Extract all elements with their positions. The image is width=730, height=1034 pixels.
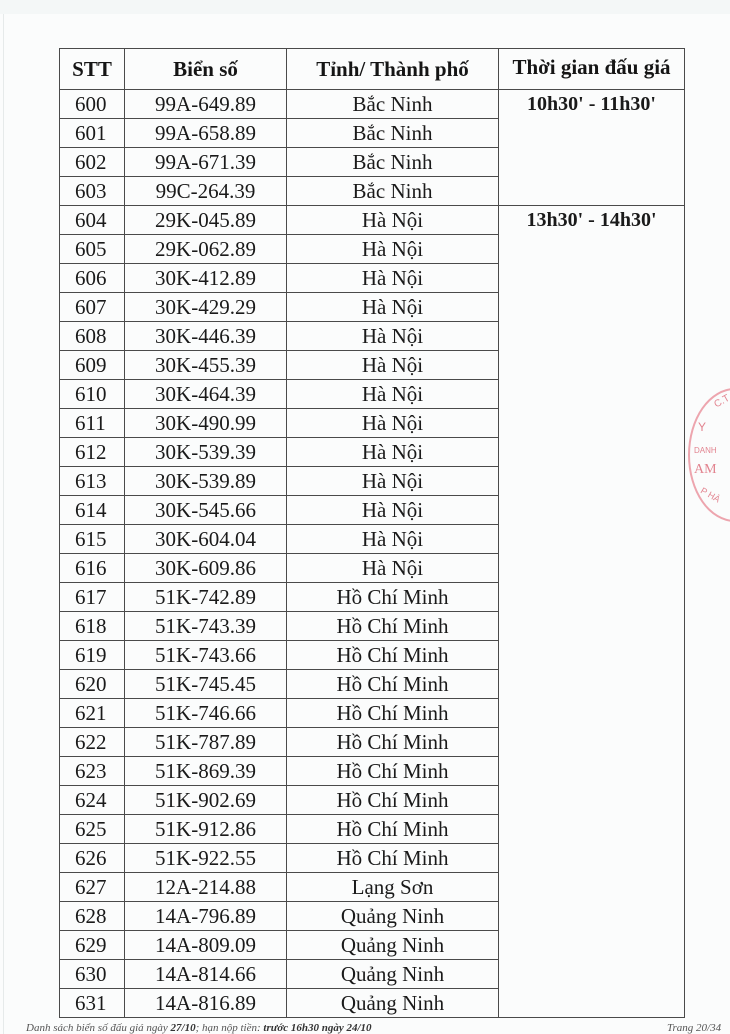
- cell-stt: 601: [60, 119, 125, 148]
- cell-plate: 30K-545.66: [125, 496, 287, 525]
- table-row: 60429K-045.89Hà Nội13h30' - 14h30': [60, 206, 685, 235]
- cell-plate: 51K-912.86: [125, 815, 287, 844]
- cell-stt: 629: [60, 931, 125, 960]
- footer-deadline: trước 16h30 ngày 24/10: [263, 1022, 371, 1034]
- stamp-text: AM: [694, 462, 717, 478]
- license-plate-auction-table: STT Biển số Tỉnh/ Thành phố Thời gian đấ…: [59, 48, 685, 1018]
- cell-province: Hà Nội: [287, 438, 499, 467]
- cell-stt: 630: [60, 960, 125, 989]
- cell-plate: 30K-539.89: [125, 467, 287, 496]
- cell-stt: 620: [60, 670, 125, 699]
- cell-stt: 625: [60, 815, 125, 844]
- cell-stt: 618: [60, 612, 125, 641]
- cell-stt: 626: [60, 844, 125, 873]
- cell-plate: 30K-455.39: [125, 351, 287, 380]
- cell-plate: 12A-214.88: [125, 873, 287, 902]
- cell-stt: 622: [60, 728, 125, 757]
- cell-stt: 623: [60, 757, 125, 786]
- header-plate: Biển số: [125, 49, 287, 90]
- cell-stt: 609: [60, 351, 125, 380]
- cell-plate: 14A-814.66: [125, 960, 287, 989]
- cell-stt: 613: [60, 467, 125, 496]
- cell-stt: 610: [60, 380, 125, 409]
- cell-province: Quảng Ninh: [287, 960, 499, 989]
- footer-prefix: Danh sách biển số đấu giá ngày: [26, 1022, 171, 1034]
- cell-stt: 607: [60, 293, 125, 322]
- cell-stt: 631: [60, 989, 125, 1018]
- cell-stt: 619: [60, 641, 125, 670]
- cell-province: Hà Nội: [287, 351, 499, 380]
- cell-plate: 51K-902.69: [125, 786, 287, 815]
- cell-province: Bắc Ninh: [287, 177, 499, 206]
- cell-stt: 608: [60, 322, 125, 351]
- cell-province: Hà Nội: [287, 496, 499, 525]
- cell-plate: 14A-816.89: [125, 989, 287, 1018]
- footer-auction-date: 27/10: [171, 1022, 196, 1034]
- scan-edge-top: [0, 0, 730, 14]
- cell-province: Bắc Ninh: [287, 90, 499, 119]
- cell-province: Hồ Chí Minh: [287, 670, 499, 699]
- table-header-row: STT Biển số Tỉnh/ Thành phố Thời gian đấ…: [60, 49, 685, 90]
- cell-stt: 615: [60, 525, 125, 554]
- cell-stt: 612: [60, 438, 125, 467]
- cell-plate: 30K-604.04: [125, 525, 287, 554]
- stamp-text: C.T: [712, 393, 730, 411]
- cell-province: Bắc Ninh: [287, 148, 499, 177]
- cell-province: Hồ Chí Minh: [287, 641, 499, 670]
- cell-plate: 51K-787.89: [125, 728, 287, 757]
- cell-stt: 614: [60, 496, 125, 525]
- cell-province: Hà Nội: [287, 554, 499, 583]
- cell-plate: 51K-742.89: [125, 583, 287, 612]
- cell-plate: 29K-062.89: [125, 235, 287, 264]
- header-auction-time: Thời gian đấu giá: [499, 49, 685, 90]
- cell-stt: 628: [60, 902, 125, 931]
- cell-plate: 51K-745.45: [125, 670, 287, 699]
- cell-stt: 621: [60, 699, 125, 728]
- cell-province: Hà Nội: [287, 380, 499, 409]
- cell-province: Bắc Ninh: [287, 119, 499, 148]
- header-stt: STT: [60, 49, 125, 90]
- stamp-text: Y: [698, 420, 706, 434]
- cell-province: Hà Nội: [287, 322, 499, 351]
- cell-plate: 14A-809.09: [125, 931, 287, 960]
- cell-plate: 14A-796.89: [125, 902, 287, 931]
- cell-province: Hà Nội: [287, 206, 499, 235]
- company-seal-stamp: C.T Y DANH AM P HÀ: [688, 388, 730, 522]
- cell-province: Hồ Chí Minh: [287, 815, 499, 844]
- cell-plate: 30K-446.39: [125, 322, 287, 351]
- cell-stt: 617: [60, 583, 125, 612]
- cell-plate: 51K-743.66: [125, 641, 287, 670]
- cell-stt: 604: [60, 206, 125, 235]
- cell-province: Lạng Sơn: [287, 873, 499, 902]
- cell-plate: 30K-464.39: [125, 380, 287, 409]
- cell-plate: 30K-539.39: [125, 438, 287, 467]
- cell-stt: 602: [60, 148, 125, 177]
- cell-province: Hồ Chí Minh: [287, 583, 499, 612]
- cell-stt: 616: [60, 554, 125, 583]
- cell-province: Hà Nội: [287, 235, 499, 264]
- cell-auction-time: 13h30' - 14h30': [499, 206, 685, 1018]
- cell-plate: 51K-746.66: [125, 699, 287, 728]
- cell-province: Hồ Chí Minh: [287, 844, 499, 873]
- cell-province: Hồ Chí Minh: [287, 699, 499, 728]
- cell-province: Hà Nội: [287, 467, 499, 496]
- cell-plate: 99C-264.39: [125, 177, 287, 206]
- cell-stt: 611: [60, 409, 125, 438]
- scan-edge-left: [3, 14, 4, 1034]
- page-number: Trang 20/34: [667, 1022, 721, 1034]
- cell-stt: 605: [60, 235, 125, 264]
- cell-province: Hồ Chí Minh: [287, 757, 499, 786]
- cell-stt: 606: [60, 264, 125, 293]
- cell-plate: 51K-869.39: [125, 757, 287, 786]
- cell-stt: 600: [60, 90, 125, 119]
- header-province: Tỉnh/ Thành phố: [287, 49, 499, 90]
- cell-plate: 30K-490.99: [125, 409, 287, 438]
- cell-plate: 99A-671.39: [125, 148, 287, 177]
- cell-plate: 51K-922.55: [125, 844, 287, 873]
- cell-stt: 627: [60, 873, 125, 902]
- cell-province: Quảng Ninh: [287, 931, 499, 960]
- stamp-text: P HÀ: [699, 485, 722, 504]
- table-row: 60099A-649.89Bắc Ninh10h30' - 11h30': [60, 90, 685, 119]
- cell-plate: 29K-045.89: [125, 206, 287, 235]
- cell-plate: 99A-658.89: [125, 119, 287, 148]
- cell-plate: 30K-609.86: [125, 554, 287, 583]
- cell-stt: 624: [60, 786, 125, 815]
- cell-province: Hà Nội: [287, 264, 499, 293]
- cell-province: Hà Nội: [287, 293, 499, 322]
- cell-province: Hà Nội: [287, 525, 499, 554]
- stamp-text: DANH: [694, 446, 717, 455]
- cell-plate: 30K-412.89: [125, 264, 287, 293]
- cell-province: Hà Nội: [287, 409, 499, 438]
- cell-province: Quảng Ninh: [287, 902, 499, 931]
- cell-plate: 99A-649.89: [125, 90, 287, 119]
- cell-province: Hồ Chí Minh: [287, 612, 499, 641]
- cell-plate: 51K-743.39: [125, 612, 287, 641]
- cell-province: Quảng Ninh: [287, 989, 499, 1018]
- table-body: 60099A-649.89Bắc Ninh10h30' - 11h30'6019…: [60, 90, 685, 1018]
- footer-mid: ; hạn nộp tiền:: [196, 1022, 264, 1034]
- cell-province: Hồ Chí Minh: [287, 728, 499, 757]
- cell-stt: 603: [60, 177, 125, 206]
- footer-note: Danh sách biển số đấu giá ngày 27/10; hạ…: [26, 1022, 372, 1034]
- cell-auction-time: 10h30' - 11h30': [499, 90, 685, 206]
- cell-plate: 30K-429.29: [125, 293, 287, 322]
- cell-province: Hồ Chí Minh: [287, 786, 499, 815]
